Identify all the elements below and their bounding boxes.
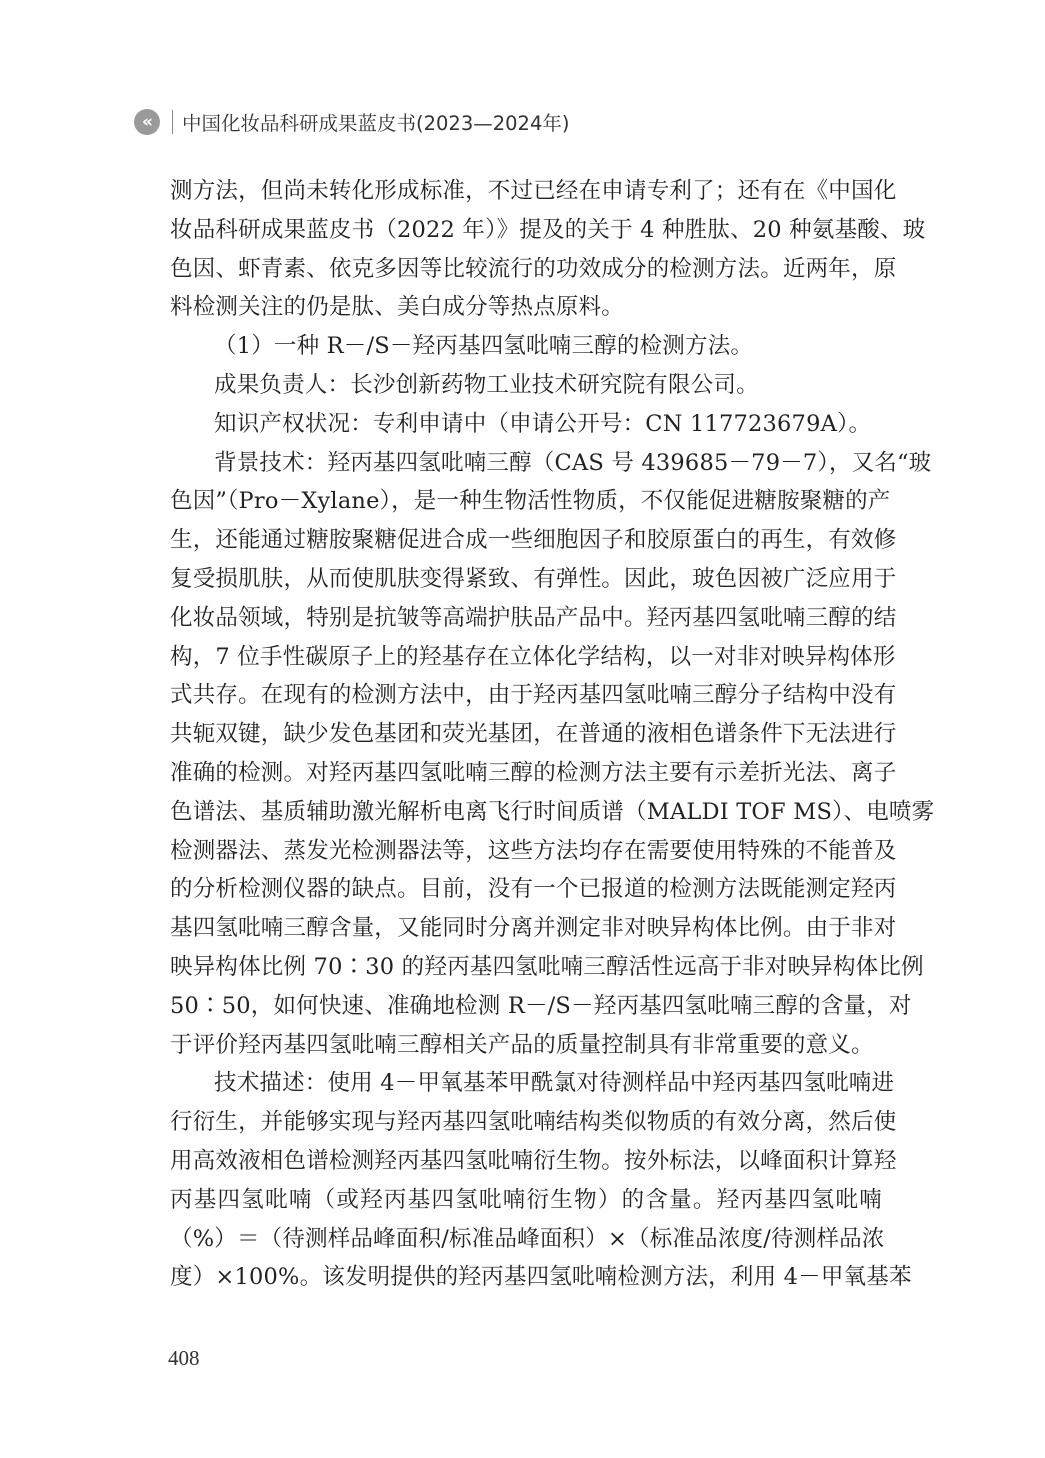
text-line: 构，7 位手性碳原子上的羟基存在立体化学结构，以一对非对映异构体形 (170, 638, 882, 677)
text-line: 复受损肌肤，从而使肌肤变得紧致、有弹性。因此，玻色因被广泛应用于 (170, 560, 882, 599)
text-line: 成果负责人：长沙创新药物工业技术研究院有限公司。 (170, 366, 882, 405)
text-line: 于评价羟丙基四氢吡喃三醇相关产品的质量控制具有非常重要的意义。 (170, 1026, 882, 1065)
paragraph: （1）一种 R－/S－羟丙基四氢吡喃三醇的检测方法。 (170, 327, 882, 366)
paragraph: 知识产权状况：专利申请中（申请公开号：CN 117723679A）。 (170, 405, 882, 444)
text-line: 式共存。在现有的检测方法中，由于羟丙基四氢吡喃三醇分子结构中没有 (170, 676, 882, 715)
text-line: 色因、虾青素、依克多因等比较流行的功效成分的检测方法。近两年，原 (170, 250, 882, 289)
page-number: 408 (168, 1346, 200, 1371)
paragraph: 成果负责人：长沙创新药物工业技术研究院有限公司。 (170, 366, 882, 405)
text-line: 知识产权状况：专利申请中（申请公开号：CN 117723679A）。 (170, 405, 882, 444)
text-line: 准确的检测。对羟丙基四氢吡喃三醇的检测方法主要有示差折光法、离子 (170, 754, 882, 793)
text-line: 检测器法、蒸发光检测器法等，这些方法均存在需要使用特殊的不能普及 (170, 832, 882, 871)
page-body: 测方法，但尚未转化形成标准，不过已经在申请专利了；还有在《中国化妆品科研成果蓝皮… (170, 172, 882, 1297)
paragraph: 测方法，但尚未转化形成标准，不过已经在申请专利了；还有在《中国化妆品科研成果蓝皮… (170, 172, 882, 327)
text-line: 映异构体比例 70∶30 的羟丙基四氢吡喃三醇活性远高于非对映异构体比例 (170, 948, 882, 987)
double-chevron-left-icon: « (134, 109, 160, 135)
header-divider (172, 110, 173, 134)
text-line: 妆品科研成果蓝皮书（2022 年）》提及的关于 4 种胜肽、20 种氨基酸、玻 (170, 211, 882, 250)
text-line: 色谱法、基质辅助激光解析电离飞行时间质谱（MALDI TOF MS）、电喷雾 (170, 793, 882, 832)
text-line: 基四氢吡喃三醇含量，又能同时分离并测定非对映异构体比例。由于非对 (170, 909, 882, 948)
text-line: 背景技术：羟丙基四氢吡喃三醇（CAS 号 439685－79－7），又名“玻 (170, 444, 882, 483)
running-header: « 中国化妆品科研成果蓝皮书(2023—2024年) (134, 106, 569, 138)
text-line: 色因”（Pro－Xylane），是一种生物活性物质，不仅能促进糖胺聚糖的产 (170, 482, 882, 521)
text-line: （%）＝（待测样品峰面积/标准品峰面积）×（标准品浓度/待测样品浓 (170, 1220, 882, 1259)
text-line: 料检测关注的仍是肽、美白成分等热点原料。 (170, 288, 882, 327)
text-line: 的分析检测仪器的缺点。目前，没有一个已报道的检测方法既能测定羟丙 (170, 870, 882, 909)
text-line: 测方法，但尚未转化形成标准，不过已经在申请专利了；还有在《中国化 (170, 172, 882, 211)
text-line: 50∶50，如何快速、准确地检测 R－/S－羟丙基四氢吡喃三醇的含量，对 (170, 987, 882, 1026)
text-line: 度）×100%。该发明提供的羟丙基四氢吡喃检测方法，利用 4－甲氧基苯 (170, 1258, 882, 1297)
text-line: 技术描述：使用 4－甲氧基苯甲酰氯对待测样品中羟丙基四氢吡喃进 (170, 1064, 882, 1103)
text-line: 化妆品领域，特别是抗皱等高端护肤品产品中。羟丙基四氢吡喃三醇的结 (170, 599, 882, 638)
text-line: 生，还能通过糖胺聚糖促进合成一些细胞因子和胶原蛋白的再生，有效修 (170, 521, 882, 560)
text-line: 行衍生，并能够实现与羟丙基四氢吡喃结构类似物质的有效分离，然后使 (170, 1103, 882, 1142)
text-line: 用高效液相色谱检测羟丙基四氢吡喃衍生物。按外标法，以峰面积计算羟 (170, 1142, 882, 1181)
paragraph: 背景技术：羟丙基四氢吡喃三醇（CAS 号 439685－79－7），又名“玻色因… (170, 444, 882, 1065)
book-title: 中国化妆品科研成果蓝皮书(2023—2024年) (182, 108, 569, 136)
text-line: 共轭双键，缺少发色基团和荧光基团，在普通的液相色谱条件下无法进行 (170, 715, 882, 754)
text-line: 丙基四氢吡喃（或羟丙基四氢吡喃衍生物）的含量。羟丙基四氢吡喃 (170, 1181, 882, 1220)
paragraph: 技术描述：使用 4－甲氧基苯甲酰氯对待测样品中羟丙基四氢吡喃进行衍生，并能够实现… (170, 1064, 882, 1297)
text-line: （1）一种 R－/S－羟丙基四氢吡喃三醇的检测方法。 (170, 327, 882, 366)
